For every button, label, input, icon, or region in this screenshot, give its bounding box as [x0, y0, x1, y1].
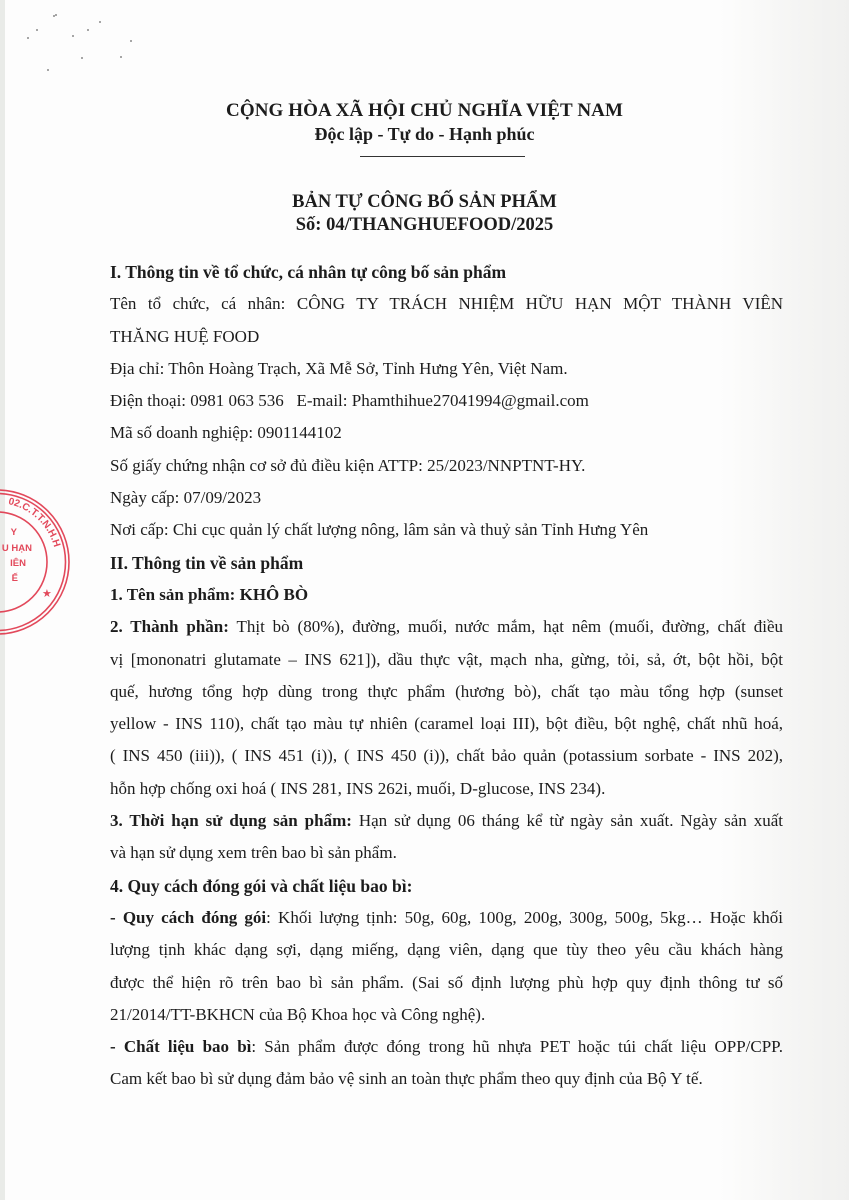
- document-body: I. Thông tin về tổ chức, cá nhân tự công…: [110, 256, 783, 1096]
- packaging-spec-line-2: lượng tịnh khác dạng sợi, dạng miếng, dạ…: [110, 934, 783, 966]
- packaging-spec-line-1: - Quy cách đóng gói: Khối lượng tịnh: 50…: [110, 902, 783, 934]
- packaging-spec-label: - Quy cách đóng gói: [110, 908, 266, 927]
- scan-speck: [130, 40, 132, 42]
- address-line: Địa chỉ: Thôn Hoàng Trạch, Xã Mễ Sở, Tỉn…: [110, 353, 783, 385]
- material-line-1: - Chất liệu bao bì: Sản phẩm được đóng t…: [110, 1031, 783, 1063]
- product-name-line: 1. Tên sản phẩm: KHÔ BÒ: [110, 579, 783, 611]
- shelf-life-text: Hạn sử dụng 06 tháng kể từ ngày sản xuất…: [359, 811, 783, 830]
- scan-speck: [55, 14, 57, 16]
- certificate-line: Số giấy chứng nhận cơ sở đủ điều kiện AT…: [110, 450, 783, 482]
- material-label: - Chất liệu bao bì: [110, 1037, 251, 1056]
- packaging-spec-text: : Khối lượng tịnh: 50g, 60g, 100g, 200g,…: [266, 908, 783, 927]
- phone-value: 0981 063 536: [190, 391, 284, 410]
- contact-line: Điện thoại: 0981 063 536 E-mail: Phamthi…: [110, 385, 783, 417]
- ingredients-line-6: hỗn hợp chống oxi hoá ( INS 281, INS 262…: [110, 773, 783, 805]
- email-value: Phamthihue27041994@gmail.com: [352, 391, 589, 410]
- org-name-line-1: Tên tổ chức, cá nhân: CÔNG TY TRÁCH NHIỆ…: [110, 288, 783, 320]
- national-motto: Độc lập - Tự do - Hạnh phúc: [0, 124, 849, 145]
- scan-speck: [27, 37, 29, 39]
- ingredients-line-3: quế, hương tổng hợp dùng trong thực phẩm…: [110, 676, 783, 708]
- document-page: CỘNG HÒA XÃ HỘI CHỦ NGHĨA VIỆT NAM Độc l…: [0, 0, 849, 1200]
- issuer-line: Nơi cấp: Chi cục quản lý chất lượng nông…: [110, 514, 783, 546]
- company-seal-stamp: 02.C.T.T.N.H.H Y U HẠN IÊN Ế ★: [0, 487, 72, 637]
- section-1-heading: I. Thông tin về tổ chức, cá nhân tự công…: [110, 256, 783, 288]
- issue-date-line: Ngày cấp: 07/09/2023: [110, 482, 783, 514]
- address-value: Thôn Hoàng Trạch, Xã Mễ Sở, Tỉnh Hưng Yê…: [168, 359, 567, 378]
- address-label: Địa chỉ:: [110, 359, 164, 378]
- product-name-label: 1. Tên sản phẩm:: [110, 585, 235, 604]
- stamp-star-icon: ★: [42, 588, 52, 600]
- certificate-value: 25/2023/NNPTNT-HY.: [427, 456, 585, 475]
- ingredients-label: 2. Thành phần:: [110, 617, 229, 636]
- material-text: : Sản phẩm được đóng trong hũ nhựa PET h…: [251, 1037, 783, 1056]
- stamp-text: U HẠN: [2, 543, 32, 554]
- header-divider: [360, 156, 525, 157]
- shelf-life-line-2: và hạn sử dụng xem trên bao bì sản phẩm.: [110, 837, 783, 869]
- scan-speck: [81, 57, 83, 59]
- packaging-spec-line-4: 21/2014/TT-BKHCN của Bộ Khoa học và Công…: [110, 999, 783, 1031]
- packaging-spec-line-3: được thể hiện rõ trên bao bì sản phẩm. (…: [110, 967, 783, 999]
- material-line-2: Cam kết bao bì sử dụng đảm bảo vệ sinh a…: [110, 1063, 783, 1095]
- scan-speck: [47, 69, 49, 71]
- product-name-value: KHÔ BÒ: [240, 585, 308, 604]
- issuer-label: Nơi cấp:: [110, 520, 169, 539]
- stamp-text: Ế: [12, 573, 18, 584]
- org-name-label: Tên tổ chức, cá nhân:: [110, 294, 285, 313]
- scan-speck: [36, 29, 38, 31]
- ingredients-line-2: vị [mononatri glutamate – INS 621]), dầu…: [110, 644, 783, 676]
- scan-speck: [120, 56, 122, 58]
- email-label: E-mail:: [297, 391, 348, 410]
- document-title: BẢN TỰ CÔNG BỐ SẢN PHẨM: [0, 192, 849, 213]
- document-number: Số: 04/THANGHUEFOOD/2025: [0, 215, 849, 236]
- tax-code-value: 0901144102: [257, 423, 341, 442]
- scan-speck: [72, 35, 74, 37]
- issuer-value: Chi cục quản lý chất lượng nông, lâm sản…: [173, 520, 648, 539]
- scan-speck: [99, 21, 101, 23]
- shelf-life-label: 3. Thời hạn sử dụng sản phẩm:: [110, 811, 352, 830]
- stamp-text: Y: [11, 527, 18, 538]
- issue-date-value: 07/09/2023: [184, 488, 261, 507]
- ingredients-text: Thịt bò (80%), đường, muối, nước mắm, hạ…: [236, 617, 783, 636]
- national-title: CỘNG HÒA XÃ HỘI CHỦ NGHĨA VIỆT NAM: [0, 100, 849, 122]
- stamp-text: IÊN: [10, 557, 26, 569]
- ingredients-line-5: ( INS 450 (iii)), ( INS 451 (i)), ( INS …: [110, 740, 783, 772]
- phone-label: Điện thoại:: [110, 391, 186, 410]
- org-name-line-2: THĂNG HUỆ FOOD: [110, 321, 783, 353]
- ingredients-line-4: yellow - INS 110), chất tạo màu tự nhiên…: [110, 708, 783, 740]
- section-2-heading: II. Thông tin về sản phẩm: [110, 547, 783, 579]
- org-name: CÔNG TY TRÁCH NHIỆM HỮU HẠN MỘT THÀNH VI…: [297, 294, 783, 313]
- tax-code-label: Mã số doanh nghiệp:: [110, 423, 253, 442]
- packaging-heading: 4. Quy cách đóng gói và chất liệu bao bì…: [110, 870, 783, 902]
- issue-date-label: Ngày cấp:: [110, 488, 179, 507]
- ingredients-line-1: 2. Thành phần: Thịt bò (80%), đường, muố…: [110, 611, 783, 643]
- certificate-label: Số giấy chứng nhận cơ sở đủ điều kiện AT…: [110, 456, 423, 475]
- tax-code-line: Mã số doanh nghiệp: 0901144102: [110, 417, 783, 449]
- scan-speck: [87, 29, 89, 31]
- shelf-life-line-1: 3. Thời hạn sử dụng sản phẩm: Hạn sử dụn…: [110, 805, 783, 837]
